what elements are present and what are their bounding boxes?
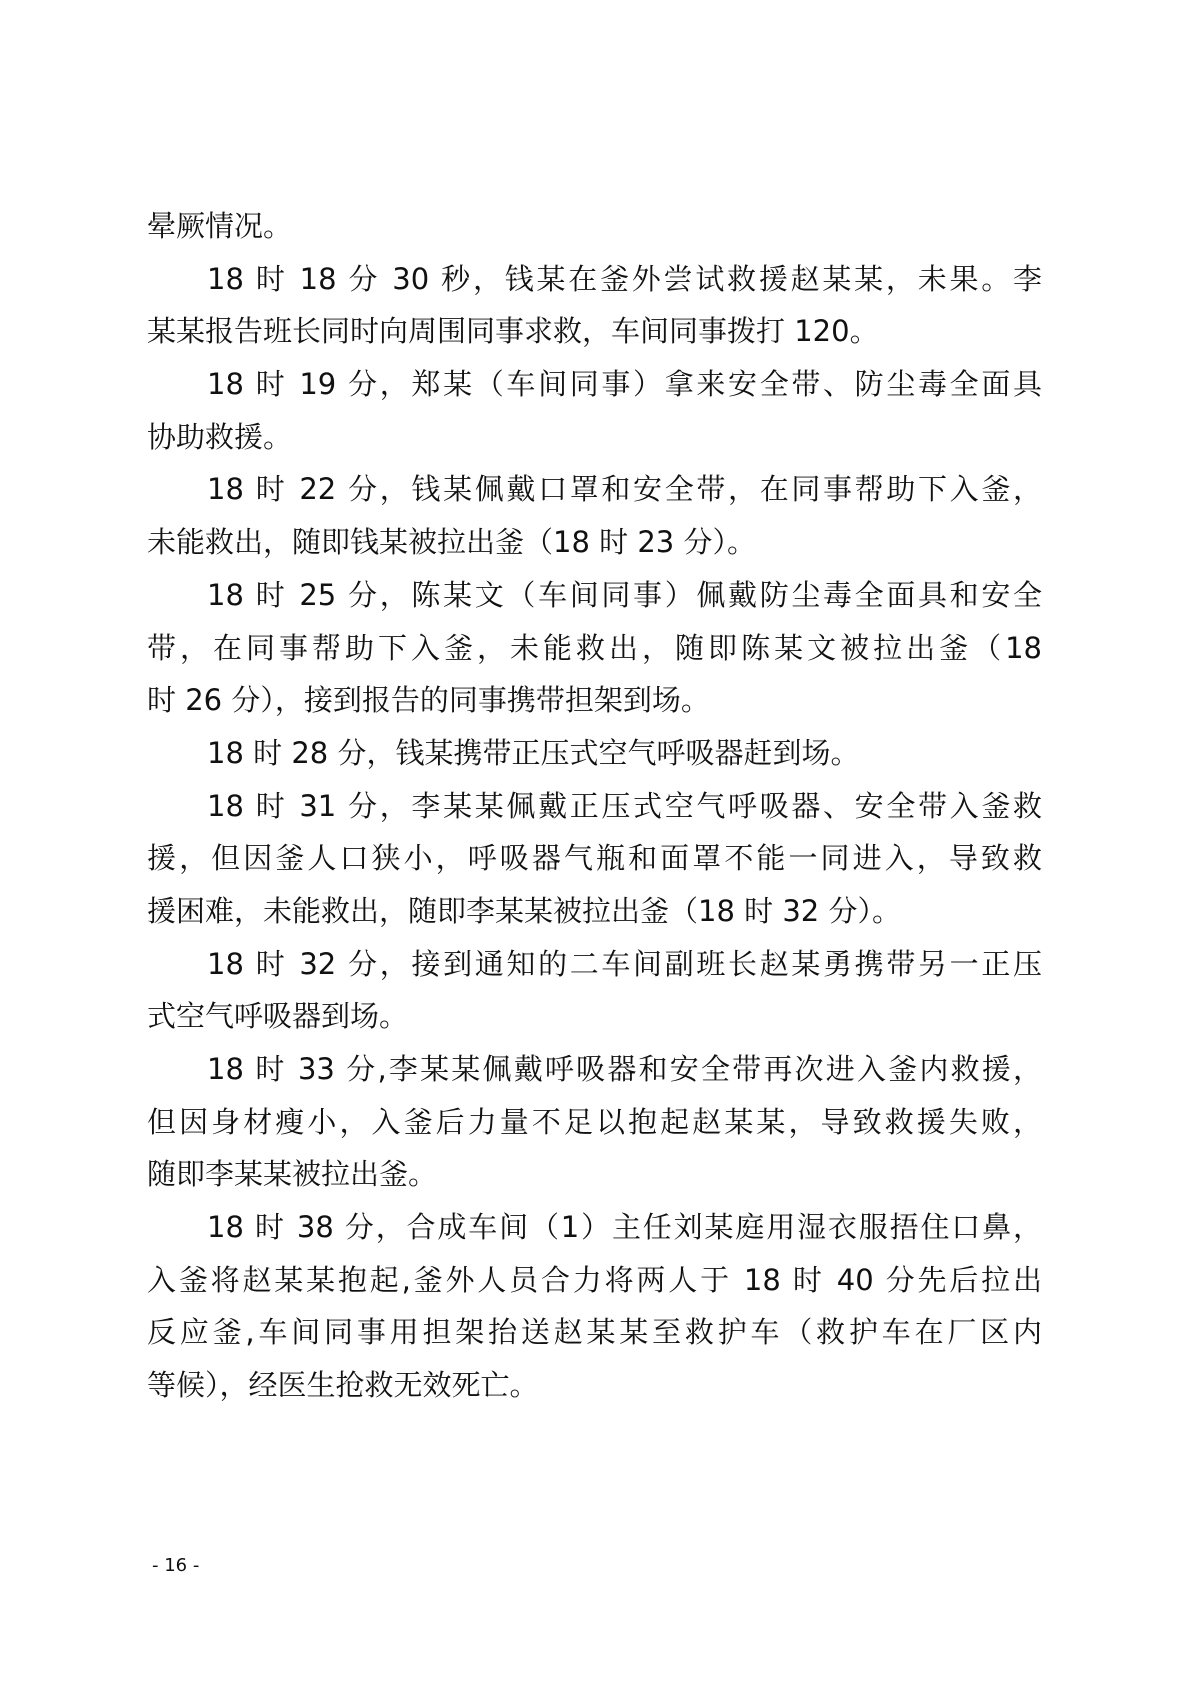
text-line: 但因身材瘦小，入釜后力量不足以抱起赵某某，导致救援失败， <box>147 1096 1042 1149</box>
text-line: 18 时 31 分，李某某佩戴正压式空气呼吸器、安全带入釜救 <box>147 780 1042 833</box>
text-line: 18 时 33 分,李某某佩戴呼吸器和安全带再次进入釜内救援， <box>147 1043 1042 1096</box>
text-line: 18 时 18 分 30 秒，钱某在釜外尝试救援赵某某，未果。李 <box>147 253 1042 306</box>
text-line: 18 时 25 分，陈某文（车间同事）佩戴防尘毒全面具和安全 <box>147 569 1042 622</box>
text-line: 援困难，未能救出，随即李某某被拉出釜（18 时 32 分）。 <box>147 885 1042 938</box>
document-page: 晕厥情况。 18 时 18 分 30 秒，钱某在釜外尝试救援赵某某，未果。李 某… <box>0 0 1190 1683</box>
text-line: 未能救出，随即钱某被拉出釜（18 时 23 分）。 <box>147 516 1042 569</box>
text-line: 随即李某某被拉出釜。 <box>147 1148 1042 1201</box>
text-line: 援，但因釜人口狭小，呼吸器气瓶和面罩不能一同进入，导致救 <box>147 832 1042 885</box>
text-line: 协助救援。 <box>147 411 1042 464</box>
page-number: - 16 - <box>152 1555 199 1576</box>
text-line: 入釜将赵某某抱起,釜外人员合力将两人于 18 时 40 分先后拉出 <box>147 1254 1042 1307</box>
text-line: 反应釜,车间同事用担架抬送赵某某至救护车（救护车在厂区内 <box>147 1306 1042 1359</box>
text-line: 等候），经医生抢救无效死亡。 <box>147 1359 1042 1412</box>
text-line: 时 26 分），接到报告的同事携带担架到场。 <box>147 674 1042 727</box>
body-text: 晕厥情况。 18 时 18 分 30 秒，钱某在釜外尝试救援赵某某，未果。李 某… <box>147 200 1042 1412</box>
text-line: 晕厥情况。 <box>147 200 1042 253</box>
text-line: 式空气呼吸器到场。 <box>147 990 1042 1043</box>
text-line: 18 时 22 分，钱某佩戴口罩和安全带，在同事帮助下入釜， <box>147 463 1042 516</box>
text-line: 某某报告班长同时向周围同事求救，车间同事拨打 120。 <box>147 305 1042 358</box>
text-line: 18 时 19 分，郑某（车间同事）拿来安全带、防尘毒全面具 <box>147 358 1042 411</box>
text-line: 18 时 28 分，钱某携带正压式空气呼吸器赶到场。 <box>147 727 1042 780</box>
text-line: 18 时 32 分，接到通知的二车间副班长赵某勇携带另一正压 <box>147 938 1042 991</box>
text-line: 18 时 38 分，合成车间（1）主任刘某庭用湿衣服捂住口鼻， <box>147 1201 1042 1254</box>
text-line: 带，在同事帮助下入釜，未能救出，随即陈某文被拉出釜（18 <box>147 622 1042 675</box>
